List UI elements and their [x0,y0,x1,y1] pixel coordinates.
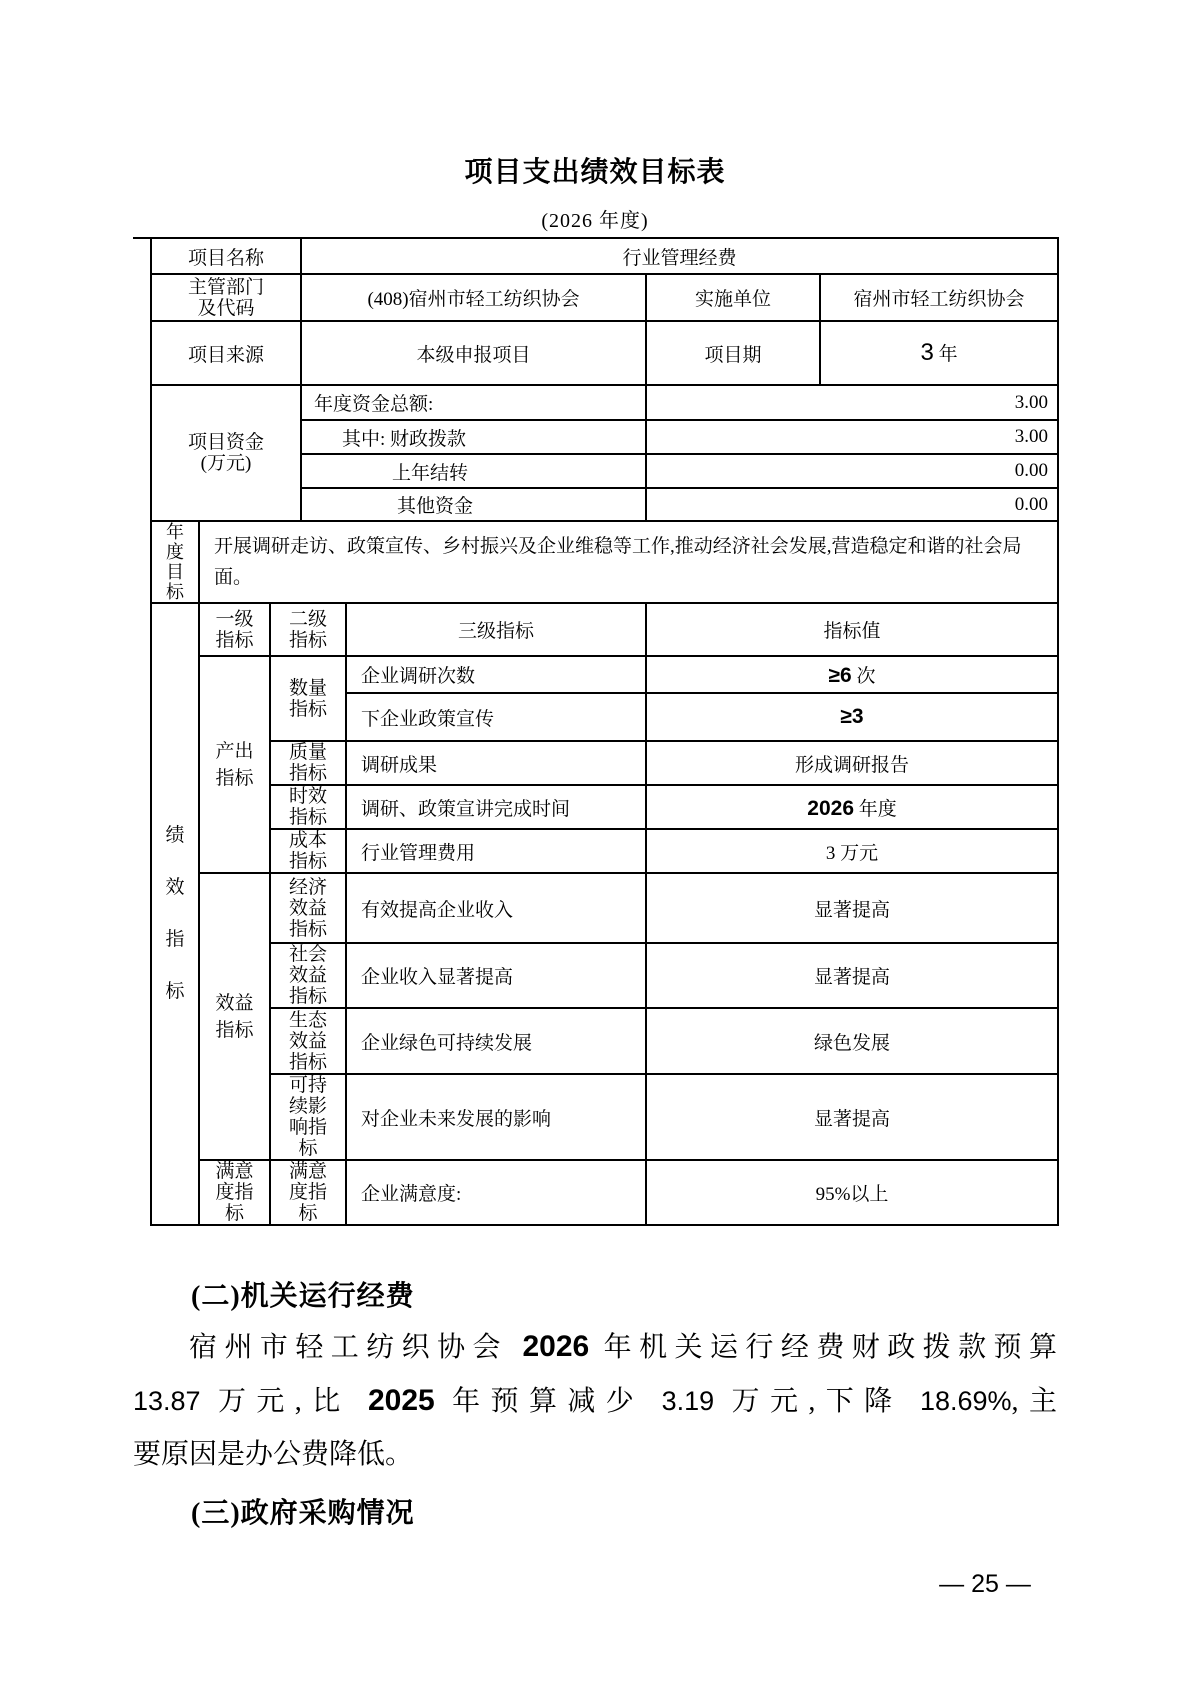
perf-level2-label: 经济 效益 指标 [270,873,346,943]
perf-level2-label: 可持 续影 响指 标 [270,1074,346,1160]
perf-level3-label: 行业管理费用 [346,829,646,873]
perf-value-text: 形成调研报告 [795,755,909,776]
number-18-69: 18.69% [920,1386,1012,1416]
perf-header-level1: 一级 指标 [199,603,270,656]
annual-goal-text: 开展调研走访、政策宣传、乡村振兴及企业维稳等工作,推动经济社会发展,营造稳定和谐… [199,521,1058,603]
perf-value-number: 2026 [807,797,854,820]
period-value: 3 年 [820,321,1058,385]
page-subtitle: (2026 年度) [0,204,1190,233]
fund-row-value: 3.00 [646,385,1058,420]
dept-label: 主管部门 及代码 [151,274,301,321]
perf-level3-label: 企业满意度: [346,1160,646,1225]
perf-value-number: ≥3 [840,705,863,728]
text-segment: 年机关运行经费财政拨款预算 [589,1332,1057,1363]
perf-value-text: 95%以上 [816,1184,889,1205]
perf-value: 95%以上 [646,1160,1058,1225]
table-row: 产出 指标 数量 指标 企业调研次数 ≥6 次 [151,656,1058,693]
perf-value: 显著提高 [646,943,1058,1008]
table-row: 成本 指标 行业管理费用 3 万元 [151,829,1058,873]
period-number: 3 [920,339,933,366]
table-row: 时效 指标 调研、政策宣讲完成时间 2026 年度 [151,785,1058,829]
perf-value-text: 次 [852,666,876,687]
perf-value-text: 显著提高 [814,1109,890,1130]
perf-value-text: 3 万元 [826,843,878,864]
table-row: 可持 续影 响指 标 对企业未来发展的影响 显著提高 [151,1074,1058,1160]
perf-group-satisfaction: 满意 度指 标 [199,1160,270,1225]
text-segment: 万元,下降 [714,1386,920,1417]
table-row: 项目来源 本级申报项目 项目期 3 年 [151,321,1058,385]
perf-value-text: 年度 [854,799,897,820]
perf-level2-label: 满意 度指 标 [270,1160,346,1225]
number-2026: 2026 [522,1330,589,1363]
paragraph-line-1: 宿州市轻工纺织协会 2026 年机关运行经费财政拨款预算 [133,1320,1057,1374]
perf-level3-label: 企业绿色可持续发展 [346,1008,646,1074]
period-label: 项目期 [646,321,820,385]
impl-unit-value: 宿州市轻工纺织协会 [820,274,1058,321]
fund-row-name: 其他资金 [301,488,646,521]
table-row: 项目名称 行业管理经费 [151,238,1058,274]
perf-level2-label: 成本 指标 [270,829,346,873]
source-label: 项目来源 [151,321,301,385]
impl-unit-label: 实施单位 [646,274,820,321]
project-name-value: 行业管理经费 [301,238,1058,274]
paragraph-line-3: 要原因是办公费降低。 [133,1428,1057,1481]
perf-value: 显著提高 [646,1074,1058,1160]
perf-level3-label: 企业收入显著提高 [346,943,646,1008]
fund-row-name: 上年结转 [301,454,646,488]
table-row: 效益 指标 经济 效益 指标 有效提高企业收入 显著提高 [151,873,1058,943]
perf-group-output: 产出 指标 [199,656,270,873]
fund-row-value: 0.00 [646,454,1058,488]
body-text-section: (二)机关运行经费 宿州市轻工纺织协会 2026 年机关运行经费财政拨款预算 1… [133,1274,1057,1537]
table-top-border-tail [133,237,150,239]
perf-level3-label: 调研成果 [346,741,646,785]
paragraph-line-2: 13.87 万元,比 2025 年预算减少 3.19 万元,下降 18.69%,… [133,1374,1057,1428]
perf-value: 3 万元 [646,829,1058,873]
perf-level2-label: 数量 指标 [270,656,346,741]
table-row: 满意 度指 标 满意 度指 标 企业满意度: 95%以上 [151,1160,1058,1225]
perf-level2-label: 质量 指标 [270,741,346,785]
section-heading-2: (二)机关运行经费 [133,1274,1057,1320]
text-segment: 万元,比 [201,1386,368,1417]
perf-level2-label: 时效 指标 [270,785,346,829]
page-number: — 25 — [919,1570,1051,1599]
perf-value: 绿色发展 [646,1008,1058,1074]
section-heading-3: (三)政府采购情况 [133,1491,1057,1537]
number-13-87: 13.87 [133,1386,201,1416]
performance-target-table: 项目名称 行业管理经费 主管部门 及代码 (408)宿州市轻工纺织协会 实施单位… [150,237,1059,1226]
perf-level3-label: 对企业未来发展的影响 [346,1074,646,1160]
period-unit: 年 [934,344,958,365]
perf-header-level3: 三级指标 [346,603,646,656]
fund-row-value: 0.00 [646,488,1058,521]
perf-value-number: ≥6 [829,664,852,687]
perf-side-label: 绩 效 指 标 [151,603,199,1225]
fund-row-value: 3.00 [646,420,1058,454]
table-row: 质量 指标 调研成果 形成调研报告 [151,741,1058,785]
table-row: 年 度 目 标 开展调研走访、政策宣传、乡村振兴及企业维稳等工作,推动经济社会发… [151,521,1058,603]
perf-value: 2026 年度 [646,785,1058,829]
text-segment: 年预算减少 [435,1386,662,1417]
perf-value: 显著提高 [646,873,1058,943]
dept-value: (408)宿州市轻工纺织协会 [301,274,646,321]
source-value: 本级申报项目 [301,321,646,385]
perf-header-level2: 二级 指标 [270,603,346,656]
perf-value: ≥3 [646,693,1058,741]
perf-value: ≥6 次 [646,656,1058,693]
table-row: 社会 效益 指标 企业收入显著提高 显著提高 [151,943,1058,1008]
text-segment: 宿州市轻工纺织协会 [189,1332,522,1363]
number-2025: 2025 [368,1384,435,1417]
perf-value-text: 显著提高 [814,900,890,921]
fund-row-name: 其中: 财政拨款 [301,420,646,454]
annual-goal-label: 年 度 目 标 [151,521,199,603]
number-3-19: 3.19 [662,1386,715,1416]
perf-group-benefit: 效益 指标 [199,873,270,1160]
perf-level3-label: 下企业政策宣传 [346,693,646,741]
table-row: 生态 效益 指标 企业绿色可持续发展 绿色发展 [151,1008,1058,1074]
text-segment: ,主 [1012,1386,1057,1417]
perf-value-text: 绿色发展 [814,1033,890,1054]
perf-header-value: 指标值 [646,603,1058,656]
perf-value: 形成调研报告 [646,741,1058,785]
table-row: 绩 效 指 标 一级 指标 二级 指标 三级指标 指标值 [151,603,1058,656]
perf-level2-label: 社会 效益 指标 [270,943,346,1008]
page-title: 项目支出绩效目标表 [0,150,1190,190]
perf-value-text: 显著提高 [814,967,890,988]
perf-level3-label: 调研、政策宣讲完成时间 [346,785,646,829]
perf-level2-label: 生态 效益 指标 [270,1008,346,1074]
table-row: 主管部门 及代码 (408)宿州市轻工纺织协会 实施单位 宿州市轻工纺织协会 [151,274,1058,321]
perf-level3-label: 企业调研次数 [346,656,646,693]
project-name-label: 项目名称 [151,238,301,274]
performance-target-table-wrap: 项目名称 行业管理经费 主管部门 及代码 (408)宿州市轻工纺织协会 实施单位… [150,237,1059,1226]
perf-level3-label: 有效提高企业收入 [346,873,646,943]
funds-label: 项目资金 (万元) [151,385,301,521]
table-row: 项目资金 (万元) 年度资金总额: 3.00 [151,385,1058,420]
fund-row-name: 年度资金总额: [301,385,646,420]
